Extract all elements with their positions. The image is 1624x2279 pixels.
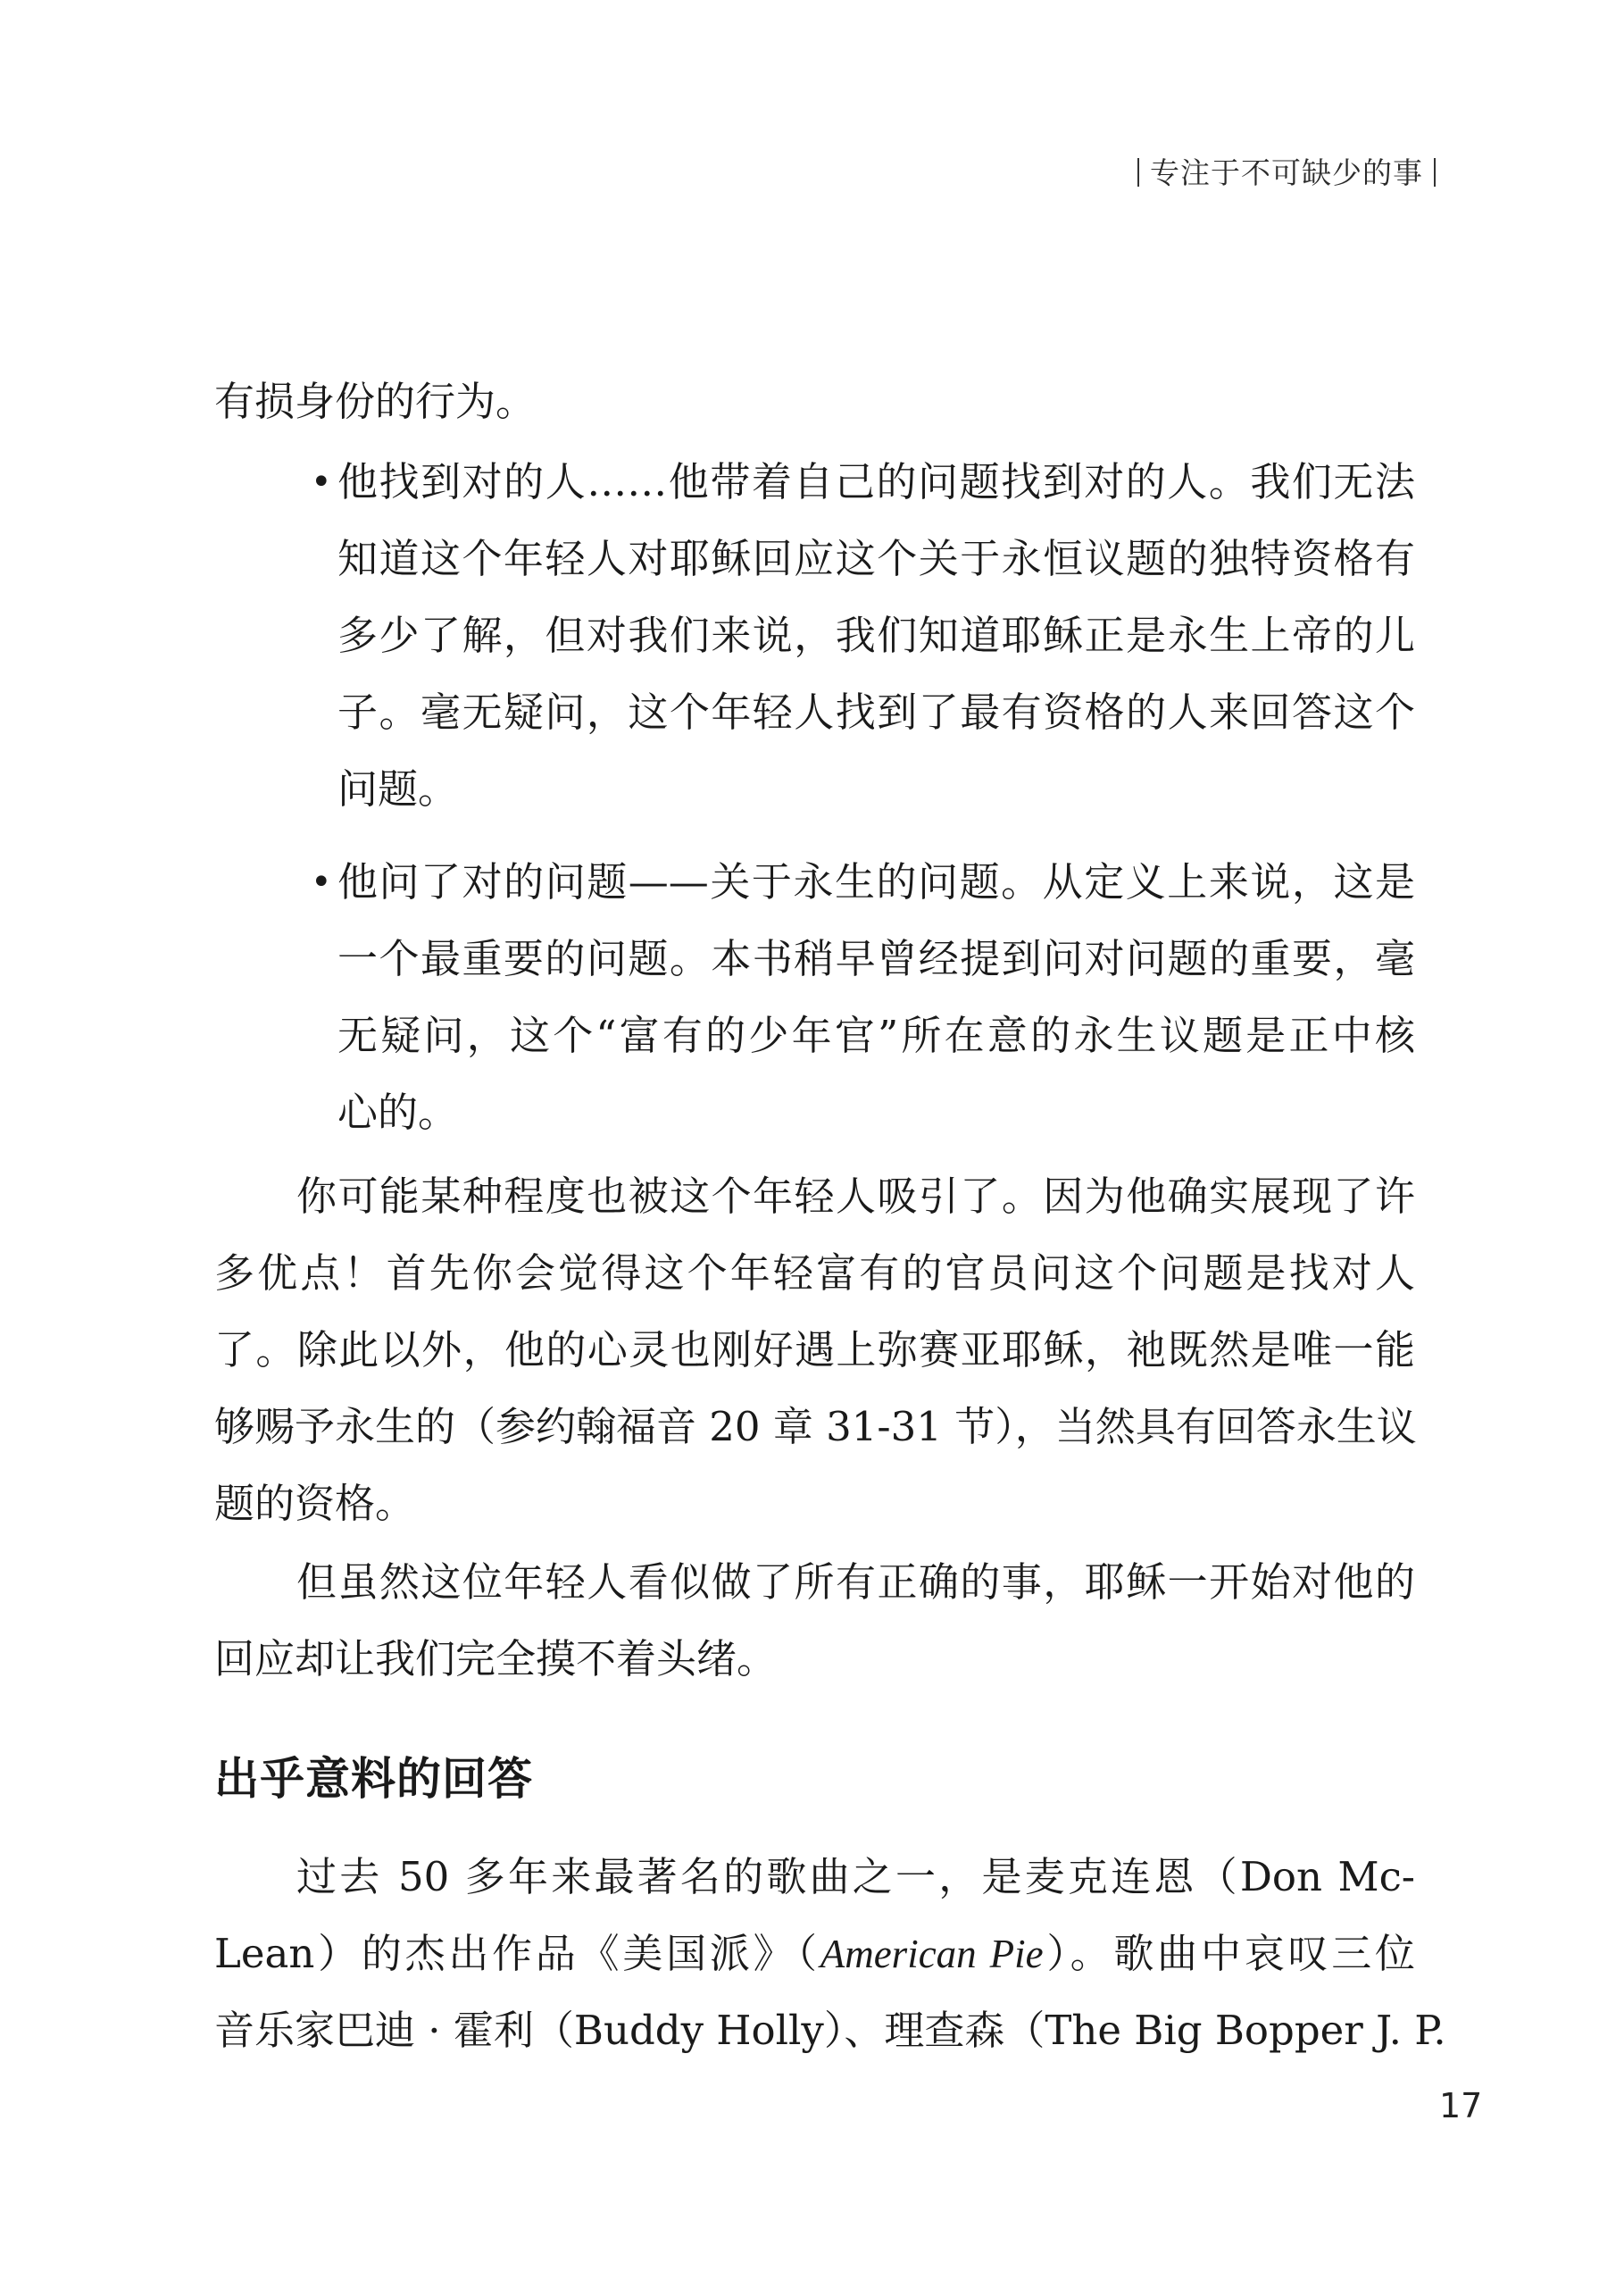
paragraph-1-line-3: 了。除此以外，他的心灵也刚好遇上弥赛亚耶稣，祂既然是唯一能 [214, 1323, 1415, 1377]
bullet-2-line-3: 无疑问，这个“富有的少年官”所在意的永生议题是正中核 [337, 1009, 1415, 1063]
header-divider-right [1434, 158, 1436, 187]
paragraph-2-line-1: 但虽然这位年轻人看似做了所有正确的事，耶稣一开始对他的 [214, 1556, 1415, 1609]
bullet-icon: • [311, 455, 332, 509]
paragraph-1-line-5: 题的资格。 [214, 1477, 1415, 1531]
bullet-2-line-1: 他问了对的问题——关于永生的问题。从定义上来说，这是 [337, 856, 1415, 909]
section-paragraph-line-1: 过去 50 多年来最著名的歌曲之一，是麦克连恩（Don Mc- [214, 1850, 1415, 1904]
header-divider-left [1137, 158, 1139, 187]
bullet-1-line-2: 知道这个年轻人对耶稣回应这个关于永恒议题的独特资格有 [337, 532, 1415, 586]
running-title: 专注于不可缺少的事 [1150, 155, 1423, 190]
section-paragraph-line-2: Lean）的杰出作品《美国派》（American Pie）。歌曲中哀叹三位 [214, 1927, 1415, 1981]
bullet-2-lead: 他问了对的问题 [337, 858, 629, 906]
song-title: American Pie [820, 1932, 1044, 1976]
bullet-1-line-4: 子。毫无疑问，这个年轻人找到了最有资格的人来回答这个 [337, 686, 1415, 739]
continuation-text: 有损身份的行为。 [214, 375, 1415, 429]
bullet-1-line-5: 问题。 [337, 763, 1415, 816]
page-number: 17 [1439, 2086, 1482, 2125]
bullet-icon: • [311, 856, 332, 909]
bullet-2-line-2: 一个最重要的问题。本书稍早曾经提到问对问题的重要，毫 [337, 932, 1415, 986]
paragraph-1-line-2: 多优点！首先你会觉得这个年轻富有的官员问这个问题是找对人 [214, 1247, 1415, 1300]
bullet-1-lead: 他找到对的人 [337, 458, 587, 505]
bullet-1-line-3: 多少了解，但对我们来说，我们知道耶稣正是永生上帝的儿 [337, 609, 1415, 663]
bullet-1-line-1: 他找到对的人……他带着自己的问题找到对的人。我们无法 [337, 455, 1415, 509]
paragraph-1-line-4: 够赐予永生的（参约翰福音 20 章 31-31 节），当然具有回答永生议 [214, 1400, 1415, 1454]
section-heading: 出乎意料的回答 [214, 1752, 533, 1806]
running-header: 专注于不可缺少的事 [1127, 150, 1446, 192]
paragraph-2-line-2: 回应却让我们完全摸不着头绪。 [214, 1632, 1415, 1686]
bullet-2-line-4: 心的。 [337, 1086, 1415, 1139]
paragraph-1-line-1: 你可能某种程度也被这个年轻人吸引了。因为他确实展现了许 [214, 1170, 1415, 1223]
section-paragraph-line-3: 音乐家巴迪 · 霍利（Buddy Holly）、理查森（The Big Bopp… [214, 2004, 1415, 2058]
